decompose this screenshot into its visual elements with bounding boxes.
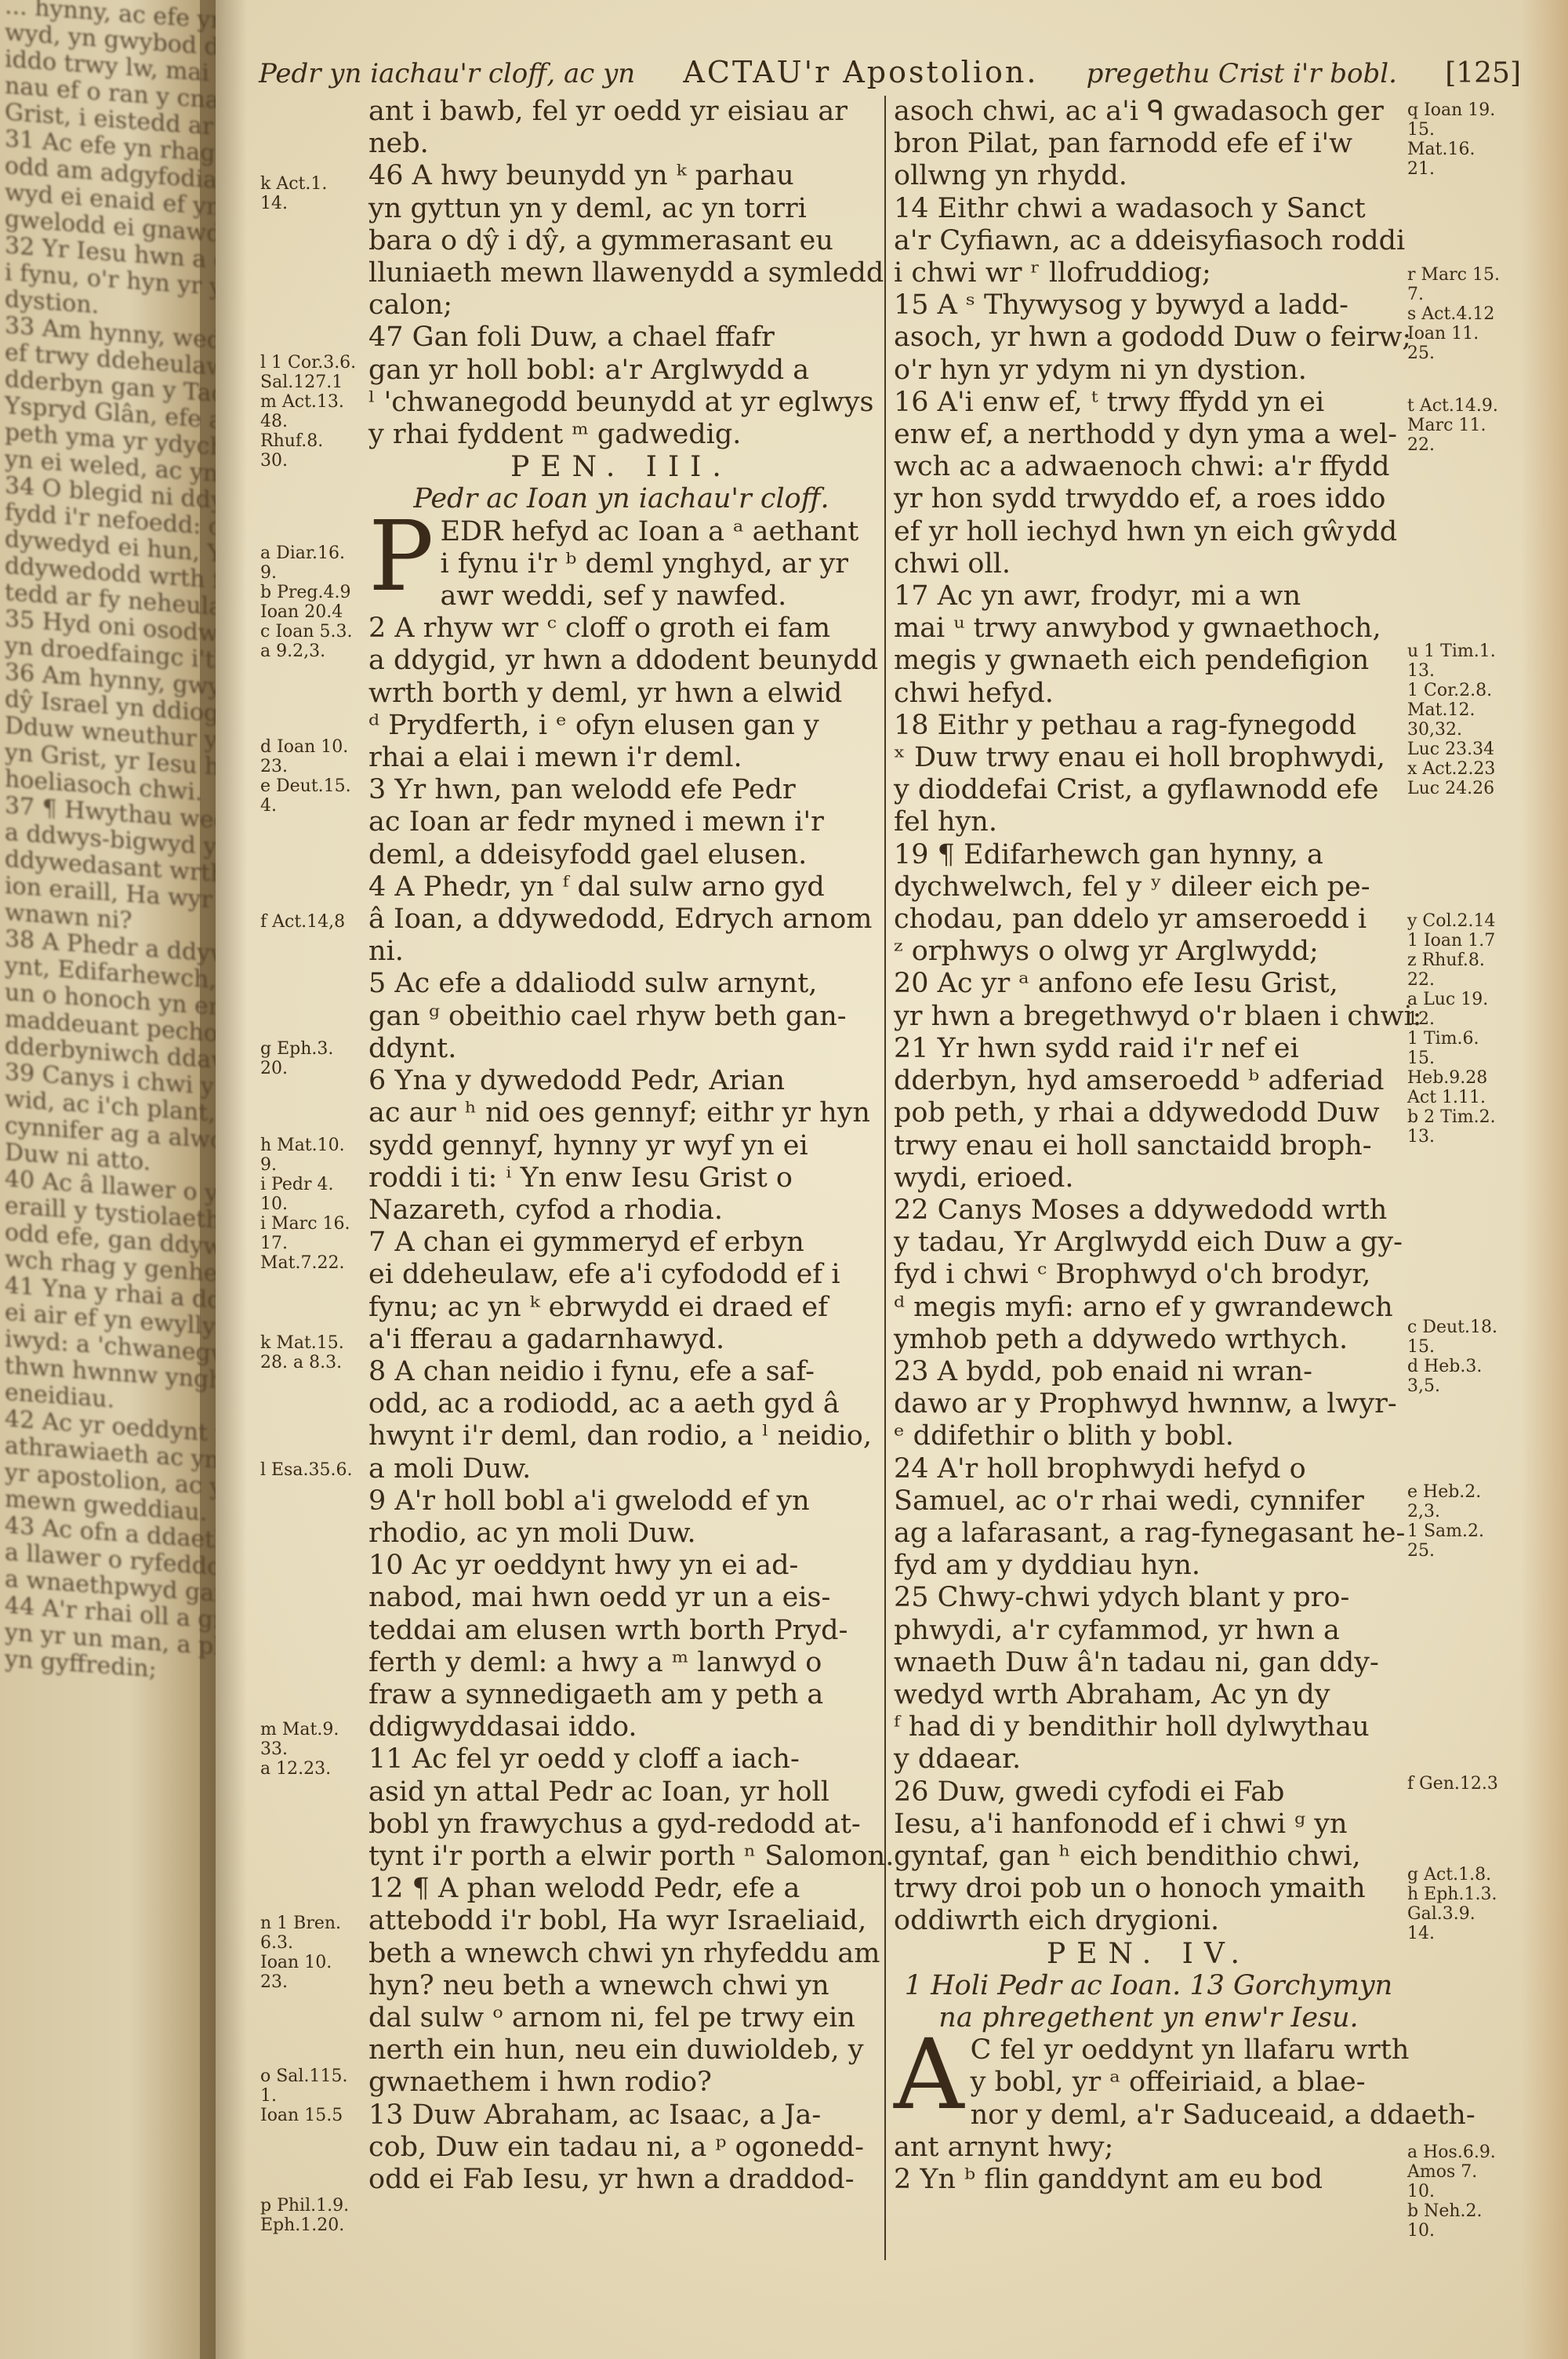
text-line: dawo ar y Prophwyd hwnnw, a lwyr- (894, 1388, 1403, 1420)
text-line: 24 A'r holl brophwydi hefyd o (894, 1453, 1403, 1485)
previous-page-fragment: ... hynny, ac efe ynwyd, yn gwybod dyngu… (0, 0, 216, 2359)
text-line: 6 Yna y dywedodd Pedr, Arian (368, 1065, 874, 1097)
text-line: yn gyttun yn y deml, ac yn torri (368, 193, 874, 225)
text-line: Iesu, a'i hanfonodd ef i chwi ᵍ yn (894, 1808, 1403, 1841)
drop-cap: A (894, 2037, 964, 2113)
text-line: 13 Duw Abraham, ac Isaac, a Ja- (368, 2099, 874, 2132)
cross-reference-note: e Heb.2. 2,3. 1 Sam.2. 25. (1407, 1482, 1484, 1561)
column-divider (884, 96, 886, 2260)
text-line: yr hon sydd trwyddo ef, a roes iddo (894, 483, 1403, 515)
text-line: dychwelwch, fel y ʸ dileer eich pe- (894, 871, 1403, 903)
text-line: 12 ¶ A phan welodd Pedr, efe a (368, 1873, 874, 1905)
text-line: 9 A'r holl bobl a'i gwelodd ef yn (368, 1485, 874, 1518)
text-line: 15 A ˢ Thywysog y bywyd a ladd- (894, 289, 1403, 322)
text-line: 11 Ac fel yr oedd y cloff a iach- (368, 1743, 874, 1776)
text-line: i chwi wr ʳ llofruddiog; (894, 257, 1403, 289)
text-line: ᶻ orphwys o olwg yr Arglwydd; (894, 936, 1403, 968)
text-line: hyn? neu beth a wnewch chwi yn (368, 1970, 874, 2002)
page-edge-shading (1521, 0, 1568, 2359)
text-line: EDR hefyd ac Ioan a ᵃ aethant (368, 516, 874, 548)
text-line: 47 Gan foli Duw, a chael ffafr (368, 322, 874, 354)
text-line: 5 Ac efe a ddaliodd sulw arnynt, (368, 968, 874, 1000)
text-line: pob peth, y rhai a ddywedodd Duw (894, 1097, 1403, 1129)
text-line: y dioddefai Crist, a gyflawnodd efe (894, 774, 1403, 806)
chapter-3-text: P EDR hefyd ac Ioan a ᵃ aethanti fynu i'… (368, 516, 874, 2197)
text-line: fel hyn. (894, 806, 1403, 838)
text-line: ᵉ ddifethir o blith y bobl. (894, 1420, 1403, 1452)
text-line: roddi i ti: ⁱ Yn enw Iesu Grist o (368, 1162, 874, 1194)
cross-reference-note: p Phil.1.9. Eph.1.20. (260, 2196, 349, 2235)
cross-reference-note: d Ioan 10. 23. e Deut.15. 4. (260, 737, 351, 816)
text-line: fyd i chwi ᶜ Brophwyd o'ch brodyr, (894, 1259, 1403, 1291)
drop-cap: P (368, 519, 434, 594)
text-line: bara o dŷ i dŷ, a gymmerasant eu (368, 225, 874, 257)
cross-reference-note: k Act.1. 14. (260, 174, 327, 213)
text-line: 46 A hwy beunydd yn ᵏ parhau (368, 160, 874, 192)
text-line: 19 ¶ Edifarhewch gan hynny, a (894, 839, 1403, 871)
text-line: ant arnynt hwy; (894, 2132, 1403, 2164)
text-line: ddynt. (368, 1033, 874, 1065)
text-line: hwynt i'r deml, dan rodio, a ˡ neidio, (368, 1420, 874, 1452)
book-title: ACTAU'r Apostolion. (683, 55, 1038, 89)
chapter-4-text: A C fel yr oeddynt yn llafaru wrthy bobl… (894, 2034, 1403, 2196)
text-line: ymhob peth a ddywedo wrthych. (894, 1324, 1403, 1356)
text-line: enw ef, a nerthodd y dyn yma a wel- (894, 419, 1403, 451)
text-line: chwi oll. (894, 548, 1403, 580)
cross-reference-note: l Esa.35.6. (260, 1460, 352, 1480)
text-line: 8 A chan neidio i fynu, efe a saf- (368, 1356, 874, 1388)
text-line: wch ac a adwaenoch chwi: a'r ffydd (894, 451, 1403, 483)
text-line: 3 Yr hwn, pan welodd efe Pedr (368, 774, 874, 806)
cross-reference-note: g Act.1.8. h Eph.1.3. Gal.3.9. 14. (1407, 1865, 1497, 1943)
text-line: Samuel, ac o'r rhai wedi, cynnifer (894, 1485, 1403, 1518)
text-line: a'i fferau a gadarnhawyd. (368, 1324, 874, 1356)
text-line: Nazareth, cyfod a rhodia. (368, 1194, 874, 1227)
text-line: y tadau, Yr Arglwydd eich Duw a gy- (894, 1227, 1403, 1259)
text-line: rhai a elai i mewn i'r deml. (368, 742, 874, 774)
cross-reference-note: a Hos.6.9. Amos 7. 10. b Neh.2. 10. (1407, 2143, 1496, 2241)
text-line: ac aur ʰ nid oes gennyf; eithr yr hyn (368, 1097, 874, 1129)
text-line: o'r hyn yr ydym ni yn dystion. (894, 354, 1403, 387)
text-line: 26 Duw, gwedi cyfodi ei Fab (894, 1776, 1403, 1808)
text-line: trwy droi pob un o honoch ymaith (894, 1873, 1403, 1905)
cross-reference-note: c Deut.18. 15. d Heb.3. 3,5. (1407, 1318, 1497, 1396)
text-line: ˡ 'chwanegodd beunydd at yr eglwys (368, 387, 874, 419)
text-line: gyntaf, gan ʰ eich bendithio chwi, (894, 1841, 1403, 1873)
text-line: 2 A rhyw wr ᶜ cloff o groth ei fam (368, 612, 874, 645)
chapter-2-ending: ant i bawb, fel yr oedd yr eisiau arneb.… (368, 96, 874, 451)
cross-reference-note: f Act.14,8 (260, 912, 345, 932)
text-line: yr hwn a bregethwyd o'r blaen i chwi: (894, 1001, 1403, 1033)
text-line: ef yr holl iechyd hwn yn eich gŵydd (894, 516, 1403, 548)
text-line: y bobl, yr ᵃ offeiriaid, a blae- (894, 2066, 1403, 2099)
text-line: cob, Duw ein tadau ni, a ᵖ ogonedd- (368, 2132, 874, 2164)
text-line: a moli Duw. (368, 1453, 874, 1485)
text-line: ollwng yn rhydd. (894, 160, 1403, 192)
text-line: dderbyn, hyd amseroedd ᵇ adferiad (894, 1065, 1403, 1097)
text-line: 18 Eithr y pethau a rag-fynegodd (894, 710, 1403, 742)
text-line: ei ddeheulaw, efe a'i cyfododd ef i (368, 1259, 874, 1291)
text-line: C fel yr oeddynt yn llafaru wrth (894, 2034, 1403, 2066)
text-line: 25 Chwy-chwi ydych blant y pro- (894, 1582, 1403, 1614)
text-line: odd ei Fab Iesu, yr hwn a draddod- (368, 2164, 874, 2196)
cross-reference-note: o Sal.115. 1. Ioan 15.5 (260, 2066, 347, 2125)
text-line: wrth borth y deml, yr hwn a elwid (368, 678, 874, 710)
chapter-3-continued: asoch chwi, ac a'i ᑫ gwadasoch gerbron P… (894, 96, 1403, 1938)
text-line: asoch chwi, ac a'i ᑫ gwadasoch ger (894, 96, 1403, 128)
text-line: 10 Ac yr oeddynt hwy yn ei ad- (368, 1550, 874, 1582)
text-line: 22 Canys Moses a ddywedodd wrth (894, 1194, 1403, 1227)
gutter-shadow (200, 0, 247, 2359)
text-line: 20 Ac yr ᵃ anfono efe Iesu Grist, (894, 968, 1403, 1000)
text-line: asoch, yr hwn a gododd Duw o feirw; (894, 322, 1403, 354)
cross-reference-note: h Mat.10. 9. i Pedr 4. 10. i Marc 16. 17… (260, 1136, 350, 1273)
chapter-4-summary: 1 Holi Pedr ac Ioan. 13 Gorchymyn na phr… (894, 1970, 1403, 2034)
text-line: lluniaeth mewn llawenydd a symledd (368, 257, 874, 289)
text-line: a ddygid, yr hwn a ddodent beunydd (368, 645, 874, 677)
text-line: wydi, erioed. (894, 1162, 1403, 1194)
right-margin-references: q Ioan 19. 15. Mat.16. 21.r Marc 15. 7. … (1407, 0, 1525, 2359)
right-text-column: asoch chwi, ac a'i ᑫ gwadasoch gerbron P… (894, 96, 1403, 2196)
chapter-4-summary-line-1: 1 Holi Pedr ac Ioan. 13 Gorchymyn (894, 1970, 1403, 2002)
text-line: nabod, mai hwn oedd yr un a eis- (368, 1582, 874, 1614)
text-line: bron Pilat, pan farnodd efe ef i'w (894, 128, 1403, 160)
text-line: i fynu i'r ᵇ deml ynghyd, ar yr (368, 548, 874, 580)
text-line: ant i bawb, fel yr oedd yr eisiau ar (368, 96, 874, 128)
text-line: ddigwyddasai iddo. (368, 1711, 874, 1743)
text-line: ag a lafarasant, a rag-fynegasant he- (894, 1518, 1403, 1550)
text-line: y ddaear. (894, 1743, 1403, 1776)
text-line: ni. (368, 936, 874, 968)
text-line: wnaeth Duw â'n tadau ni, gan ddy- (894, 1647, 1403, 1679)
text-line: y rhai fyddent ᵐ gadwedig. (368, 419, 874, 451)
cross-reference-note: q Ioan 19. 15. Mat.16. 21. (1407, 100, 1495, 179)
cross-reference-note: n 1 Bren. 6.3. Ioan 10. 23. (260, 1914, 341, 1992)
book-spread: ... hynny, ac efe ynwyd, yn gwybod dyngu… (0, 0, 1568, 2359)
chapter-4-summary-line-2: na phregethent yn enw'r Iesu. (894, 2002, 1403, 2034)
cross-reference-note: t Act.14.9. Marc 11. 22. (1407, 396, 1498, 455)
text-line: rhodio, ac yn moli Duw. (368, 1518, 874, 1550)
text-line: calon; (368, 289, 874, 322)
text-line: 7 A chan ei gymmeryd ef erbyn (368, 1227, 874, 1259)
text-line: attebodd i'r bobl, Ha wyr Israeliaid, (368, 1905, 874, 1937)
text-line: phwydi, a'r cyfammod, yr hwn a (894, 1615, 1403, 1647)
text-line: â Ioan, a ddywedodd, Edrych arnom (368, 903, 874, 936)
header-right: pregethu Crist i'r bobl. (1087, 58, 1397, 89)
text-line: ᵈ Prydferth, i ᵉ ofyn elusen gan y (368, 710, 874, 742)
text-line: bobl yn frawychus a gyd-redodd at- (368, 1808, 874, 1841)
text-line: ᶠ had di y bendithir holl dylwythau (894, 1711, 1403, 1743)
text-line: 17 Ac yn awr, frodyr, mi a wn (894, 580, 1403, 612)
text-line: nerth ein hun, neu ein duwioldeb, y (368, 2034, 874, 2066)
cross-reference-note: y Col.2.14 1 Ioan 1.7 z Rhuf.8. 22. a Lu… (1407, 911, 1496, 1147)
text-line: ˣ Duw trwy enau ei holl brophwydi, (894, 742, 1403, 774)
text-line: fyd am y dyddiau hyn. (894, 1550, 1403, 1582)
text-line: gwnaethem i hwn rodio? (368, 2066, 874, 2099)
cross-reference-note: r Marc 15. 7. s Act.4.12 Ioan 11. 25. (1407, 265, 1500, 363)
cross-reference-note: a Diar.16. 9. b Preg.4.9 Ioan 20.4 c Ioa… (260, 543, 353, 661)
text-line: beth a wnewch chwi yn rhyfeddu am (368, 1938, 874, 1970)
text-line: awr weddi, sef y nawfed. (368, 580, 874, 612)
text-line: gan yr holl bobl: a'r Arglwydd a (368, 354, 874, 387)
text-line: chwi hefyd. (894, 678, 1403, 710)
text-line: ac Ioan ar fedr myned i mewn i'r (368, 806, 874, 838)
text-line: 2 Yn ᵇ flin ganddynt am eu bod (894, 2164, 1403, 2196)
text-line: asid yn attal Pedr ac Ioan, yr holl (368, 1776, 874, 1808)
cross-reference-note: f Gen.12.3 (1407, 1774, 1498, 1794)
text-line: megis y gwnaeth eich pendefigion (894, 645, 1403, 677)
text-line: 21 Yr hwn sydd raid i'r nef ei (894, 1033, 1403, 1065)
text-line: sydd gennyf, hynny yr wyf yn ei (368, 1130, 874, 1162)
text-line: a'r Cyfiawn, ac a ddeisyfiasoch roddi (894, 225, 1403, 257)
text-line: fraw a synnedigaeth am y peth a (368, 1679, 874, 1711)
cross-reference-note: m Mat.9. 33. a 12.23. (260, 1720, 339, 1779)
text-line: trwy enau ei holl sanctaidd broph- (894, 1130, 1403, 1162)
cross-reference-note: l 1 Cor.3.6. Sal.127.1 m Act.13. 48. Rhu… (260, 353, 356, 471)
text-line: ᵈ megis myfi: arno ef y gwrandewch (894, 1292, 1403, 1324)
text-line: 14 Eithr chwi a wadasoch y Sanct (894, 193, 1403, 225)
cross-reference-note: u 1 Tim.1. 13. 1 Cor.2.8. Mat.12. 30,32.… (1407, 642, 1496, 798)
text-line: dal sulw ᵒ arnom ni, fel pe trwy ein (368, 2002, 874, 2034)
cross-reference-note: k Mat.15. 28. a 8.3. (260, 1333, 344, 1372)
running-header: Pedr yn iachau'r cloff, ac yn ACTAU'r Ap… (259, 55, 1521, 94)
text-line: ferth y deml: a hwy a ᵐ lanwyd o (368, 1647, 874, 1679)
chapter-3-heading: PEN. III. (368, 451, 874, 483)
text-line: wedyd wrth Abraham, Ac yn dy (894, 1679, 1403, 1711)
left-text-column: ant i bawb, fel yr oedd yr eisiau arneb.… (368, 96, 874, 2196)
text-line: gan ᵍ obeithio cael rhyw beth gan- (368, 1001, 874, 1033)
text-line: fynu; ac yn ᵏ ebrwydd ei draed ef (368, 1292, 874, 1324)
text-line: 16 A'i enw ef, ᵗ trwy ffydd yn ei (894, 387, 1403, 419)
cross-reference-note: g Eph.3. 20. (260, 1039, 333, 1078)
text-line: 4 A Phedr, yn ᶠ dal sulw arno gyd (368, 871, 874, 903)
text-line: neb. (368, 128, 874, 160)
text-line: oddiwrth eich drygioni. (894, 1905, 1403, 1937)
text-line: chodau, pan ddelo yr amseroedd i (894, 903, 1403, 936)
text-line: mai ᵘ trwy anwybod y gwnaethoch, (894, 612, 1403, 645)
text-line: odd, ac a rodiodd, ac a aeth gyd â (368, 1388, 874, 1420)
chapter-4-heading: PEN. IV. (894, 1938, 1403, 1970)
chapter-3-summary: Pedr ac Ioan yn iachau'r cloff. (368, 483, 874, 515)
text-line: deml, a ddeisyfodd gael elusen. (368, 839, 874, 871)
text-line: 23 A bydd, pob enaid ni wran- (894, 1356, 1403, 1388)
text-line: teddai am elusen wrth borth Pryd- (368, 1615, 874, 1647)
text-line: tynt i'r porth a elwir porth ⁿ Salomon. (368, 1841, 874, 1873)
text-line: nor y deml, a'r Saduceaid, a ddaeth- (894, 2099, 1403, 2132)
left-margin-references: k Act.1. 14.l 1 Cor.3.6. Sal.127.1 m Act… (260, 0, 366, 2359)
